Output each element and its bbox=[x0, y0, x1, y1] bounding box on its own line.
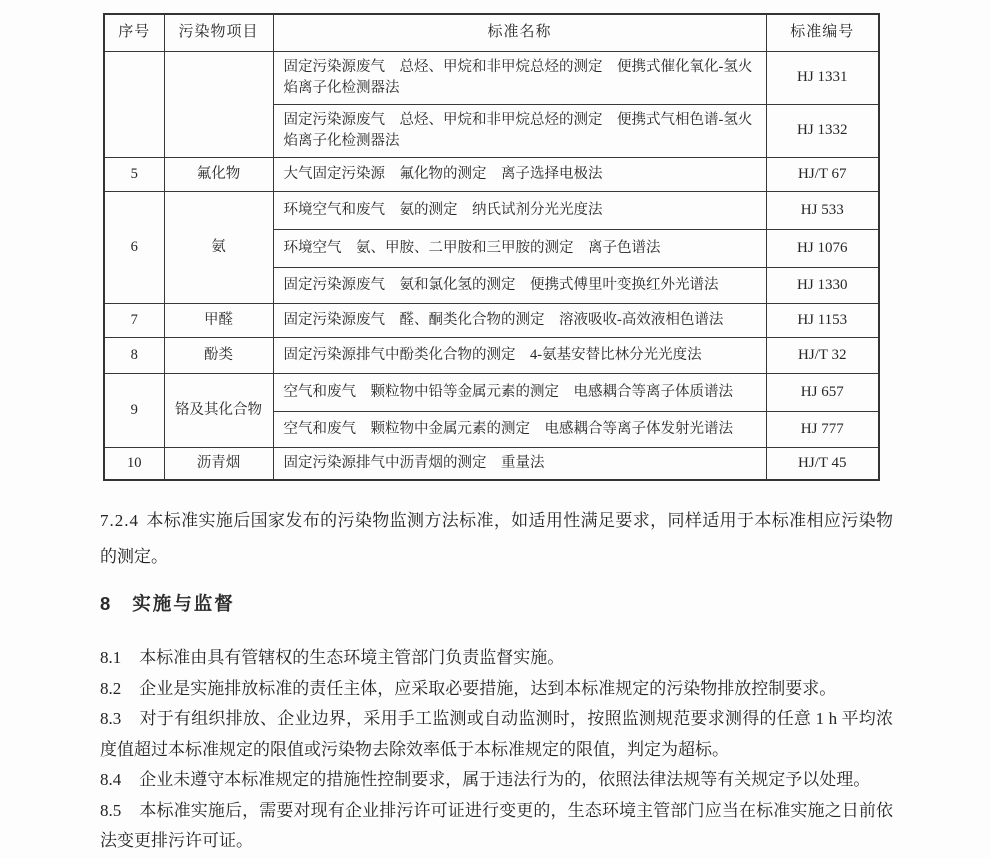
standard-code-cell: HJ 1332 bbox=[766, 105, 879, 158]
serial-cell: 10 bbox=[104, 448, 164, 481]
standard-code-cell: HJ 533 bbox=[766, 192, 879, 230]
clause-number: 8.3 bbox=[100, 709, 121, 728]
standard-name-cell: 固定污染源废气 总烃、甲烷和非甲烷总烃的测定 便携式气相色谱-氢火焰离子化检测器… bbox=[273, 105, 766, 158]
clause-number: 8.2 bbox=[100, 679, 121, 698]
clause-text: 本标准实施后，需要对现有企业排污许可证进行变更的，生态环境主管部门应当在标准实施… bbox=[100, 801, 893, 851]
standard-name-cell: 空气和废气 颗粒物中金属元素的测定 电感耦合等离子体发射光谱法 bbox=[273, 412, 766, 448]
table-row: 8 酚类 固定污染源排气中酚类化合物的测定 4-氨基安替比林分光光度法 HJ/T… bbox=[104, 338, 879, 374]
standard-name-cell: 固定污染源排气中酚类化合物的测定 4-氨基安替比林分光光度法 bbox=[273, 338, 766, 374]
standard-code-cell: HJ 1331 bbox=[766, 52, 879, 105]
clause-8-3: 8.3对于有组织排放、企业边界，采用手工监测或自动监测时，按照监测规范要求测得的… bbox=[100, 704, 893, 765]
monitoring-standards-table: 序号 污染物项目 标准名称 标准编号 固定污染源废气 总烃、甲烷和非甲烷总烃的测… bbox=[103, 13, 880, 481]
clause-number: 8.1 bbox=[100, 648, 121, 667]
standard-code-cell: HJ 1076 bbox=[766, 230, 879, 268]
serial-cell: 7 bbox=[104, 304, 164, 338]
standard-code-cell: HJ/T 32 bbox=[766, 338, 879, 374]
section-8-clauses: 8.1本标准由具有管辖权的生态环境主管部门负责监督实施。 8.2企业是实施排放标… bbox=[100, 643, 893, 857]
table-row: 7 甲醛 固定污染源废气 醛、酮类化合物的测定 溶液吸收-高效液相色谱法 HJ … bbox=[104, 304, 879, 338]
standard-name-cell: 固定污染源废气 氨和氯化氢的测定 便携式傅里叶变换红外光谱法 bbox=[273, 268, 766, 304]
clause-text: 企业未遵守本标准规定的措施性控制要求，属于违法行为的，依照法律法规等有关规定予以… bbox=[139, 770, 870, 789]
standard-code-cell: HJ/T 67 bbox=[766, 158, 879, 192]
col-header-pollutant: 污染物项目 bbox=[164, 14, 273, 52]
col-header-standard-name: 标准名称 bbox=[273, 14, 766, 52]
section-title: 实施与监督 bbox=[132, 593, 235, 614]
table-row: 6 氨 环境空气和废气 氨的测定 纳氏试剂分光光度法 HJ 533 bbox=[104, 192, 879, 230]
clause-text: 对于有组织排放、企业边界，采用手工监测或自动监测时，按照监测规范要求测得的任意 … bbox=[100, 709, 893, 759]
clause-text: 本标准由具有管辖权的生态环境主管部门负责监督实施。 bbox=[139, 648, 564, 667]
clause-8-2: 8.2企业是实施排放标准的责任主体，应采取必要措施，达到本标准规定的污染物排放控… bbox=[100, 674, 893, 705]
standard-name-cell: 空气和废气 颗粒物中铅等金属元素的测定 电感耦合等离子体质谱法 bbox=[273, 374, 766, 412]
clause-number: 7.2.4 bbox=[100, 511, 139, 530]
clause-number: 8.5 bbox=[100, 801, 121, 820]
serial-cell: 9 bbox=[104, 374, 164, 448]
standard-code-cell: HJ 777 bbox=[766, 412, 879, 448]
clause-text: 企业是实施排放标准的责任主体，应采取必要措施，达到本标准规定的污染物排放控制要求… bbox=[139, 679, 836, 698]
standard-name-cell: 环境空气 氨、甲胺、二甲胺和三甲胺的测定 离子色谱法 bbox=[273, 230, 766, 268]
clause-8-5: 8.5本标准实施后，需要对现有企业排污许可证进行变更的，生态环境主管部门应当在标… bbox=[100, 796, 893, 857]
serial-cell: 8 bbox=[104, 338, 164, 374]
clause-number: 8.4 bbox=[100, 770, 121, 789]
clause-8-1: 8.1本标准由具有管辖权的生态环境主管部门负责监督实施。 bbox=[100, 643, 893, 674]
serial-cell: 5 bbox=[104, 158, 164, 192]
pollutant-cell: 酚类 bbox=[164, 338, 273, 374]
standard-name-cell: 固定污染源排气中沥青烟的测定 重量法 bbox=[273, 448, 766, 481]
table-header-row: 序号 污染物项目 标准名称 标准编号 bbox=[104, 14, 879, 52]
pollutant-cell: 甲醛 bbox=[164, 304, 273, 338]
pollutant-cell: 氨 bbox=[164, 192, 273, 304]
standard-name-cell: 环境空气和废气 氨的测定 纳氏试剂分光光度法 bbox=[273, 192, 766, 230]
serial-cell: 6 bbox=[104, 192, 164, 304]
table-row: 5 氟化物 大气固定污染源 氟化物的测定 离子选择电极法 HJ/T 67 bbox=[104, 158, 879, 192]
pollutant-cell: 铬及其化合物 bbox=[164, 374, 273, 448]
standard-name-cell: 固定污染源废气 总烃、甲烷和非甲烷总烃的测定 便携式催化氧化-氢火焰离子化检测器… bbox=[273, 52, 766, 105]
standard-name-cell: 固定污染源废气 醛、酮类化合物的测定 溶液吸收-高效液相色谱法 bbox=[273, 304, 766, 338]
standard-code-cell: HJ/T 45 bbox=[766, 448, 879, 481]
table-row: 10 沥青烟 固定污染源排气中沥青烟的测定 重量法 HJ/T 45 bbox=[104, 448, 879, 481]
serial-cell bbox=[104, 52, 164, 158]
col-header-serial: 序号 bbox=[104, 14, 164, 52]
table-row: 9 铬及其化合物 空气和废气 颗粒物中铅等金属元素的测定 电感耦合等离子体质谱法… bbox=[104, 374, 879, 412]
document-page: 序号 污染物项目 标准名称 标准编号 固定污染源废气 总烃、甲烷和非甲烷总烃的测… bbox=[0, 0, 991, 859]
section-number: 8 bbox=[100, 593, 110, 614]
standard-name-cell: 大气固定污染源 氟化物的测定 离子选择电极法 bbox=[273, 158, 766, 192]
table-row: 固定污染源废气 总烃、甲烷和非甲烷总烃的测定 便携式催化氧化-氢火焰离子化检测器… bbox=[104, 52, 879, 105]
clause-text: 本标准实施后国家发布的污染物监测方法标准，如适用性满足要求，同样适用于本标准相应… bbox=[100, 511, 893, 566]
pollutant-cell: 氟化物 bbox=[164, 158, 273, 192]
clause-7-2-4: 7.2.4本标准实施后国家发布的污染物监测方法标准，如适用性满足要求，同样适用于… bbox=[100, 503, 893, 575]
section-8-heading: 8实施与监督 bbox=[100, 590, 235, 616]
col-header-standard-code: 标准编号 bbox=[766, 14, 879, 52]
pollutant-cell: 沥青烟 bbox=[164, 448, 273, 481]
clause-8-4: 8.4企业未遵守本标准规定的措施性控制要求，属于违法行为的，依照法律法规等有关规… bbox=[100, 765, 893, 796]
standard-code-cell: HJ 657 bbox=[766, 374, 879, 412]
standard-code-cell: HJ 1153 bbox=[766, 304, 879, 338]
standard-code-cell: HJ 1330 bbox=[766, 268, 879, 304]
pollutant-cell bbox=[164, 52, 273, 158]
